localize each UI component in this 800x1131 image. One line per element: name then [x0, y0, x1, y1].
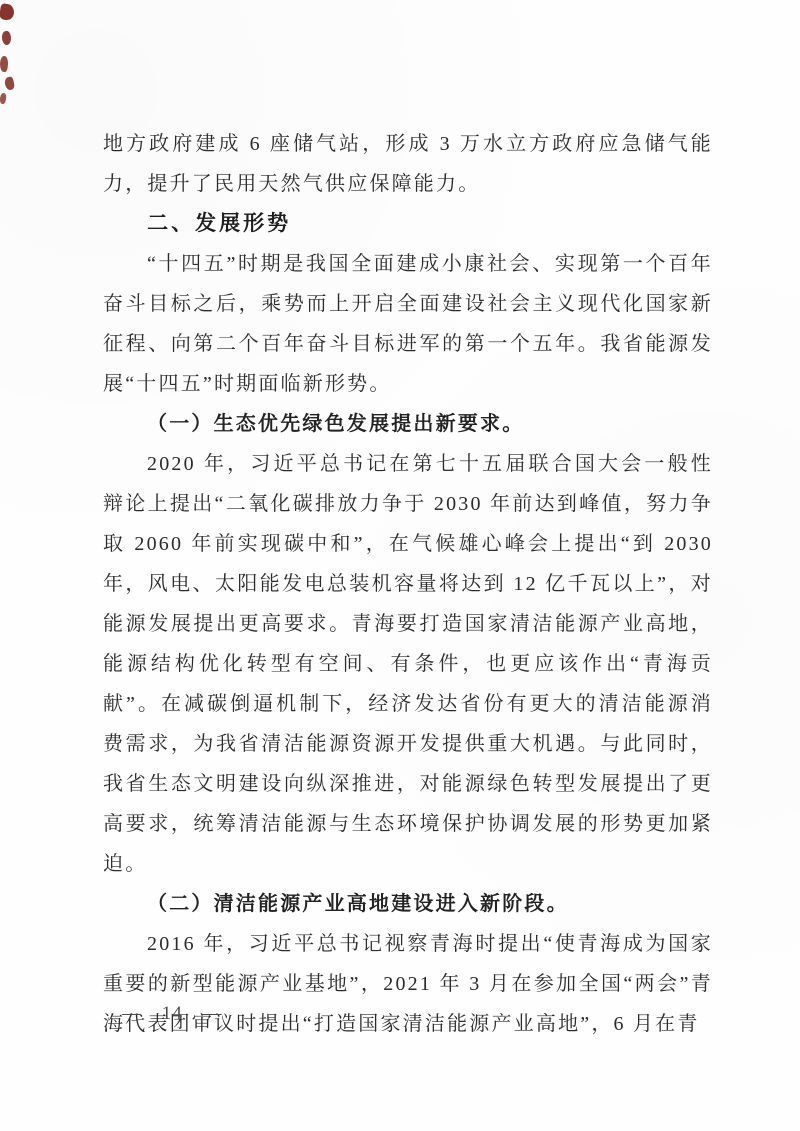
section-heading: 二、发展形势 — [103, 204, 713, 244]
page-footer: — 14 — — [122, 1003, 223, 1025]
paragraph: 2016 年，习近平总书记视察青海时提出“使青海成为国家重要的新型能源产业基地”… — [103, 924, 713, 1044]
page-number: — 14 — — [122, 1003, 223, 1024]
scan-artifact — [1, 30, 12, 45]
scan-artifact — [0, 3, 15, 21]
scan-artifact — [4, 76, 16, 91]
document-body: 地方政府建成 6 座储气站，形成 3 万水立方政府应急储气能力，提升了民用天然气… — [103, 124, 713, 1044]
paragraph: 2020 年，习近平总书记在第七十五届联合国大会一般性辩论上提出“二氧化碳排放力… — [103, 444, 713, 884]
subsection-heading-1: （一）生态优先绿色发展提出新要求。 — [103, 404, 713, 444]
scan-artifact — [0, 93, 7, 105]
scan-artifact — [0, 56, 9, 73]
paragraph: “十四五”时期是我国全面建成小康社会、实现第一个百年奋斗目标之后，乘势而上开启全… — [103, 244, 713, 404]
document-page: 地方政府建成 6 座储气站，形成 3 万水立方政府应急储气能力，提升了民用天然气… — [0, 0, 800, 1131]
paragraph-continuation: 地方政府建成 6 座储气站，形成 3 万水立方政府应急储气能力，提升了民用天然气… — [103, 124, 713, 204]
subsection-heading-2: （二）清洁能源产业高地建设进入新阶段。 — [103, 884, 713, 924]
